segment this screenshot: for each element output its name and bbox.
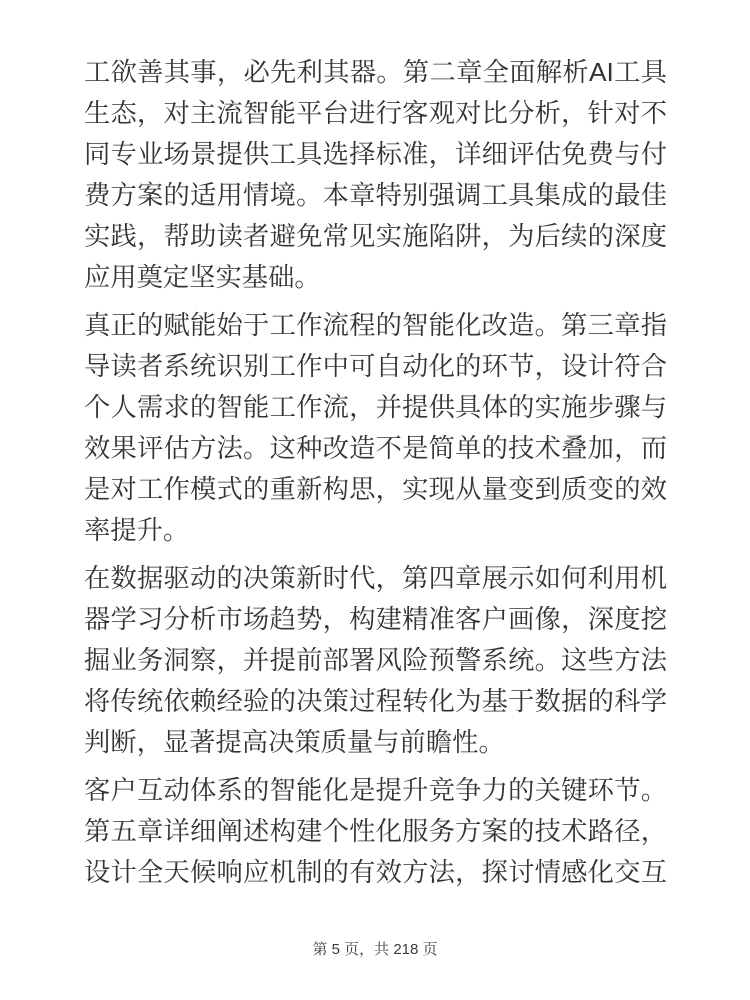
text-line: 设计全天候响应机制的有效方法，探讨情感化交互 [84, 852, 667, 893]
paragraph: 工欲善其事，必先利其器。第二章全面解析AI工具生态，对主流智能平台进行客观对比分… [84, 52, 667, 298]
text-line: 判断，显著提高决策质量与前瞻性。 [84, 722, 667, 763]
paragraph: 客户互动体系的智能化是提升竞争力的关键环节。第五章详细阐述构建个性化服务方案的技… [84, 770, 667, 893]
paragraph: 在数据驱动的决策新时代，第四章展示如何利用机器学习分析市场趋势，构建精准客户画像… [84, 558, 667, 763]
paragraph: 真正的赋能始于工作流程的智能化改造。第三章指导读者系统识别工作中可自动化的环节，… [84, 305, 667, 551]
text-line: 率提升。 [84, 510, 667, 551]
page-footer: 第 5 页，共 218 页 [0, 940, 750, 960]
text-line: 第五章详细阐述构建个性化服务方案的技术路径， [84, 811, 667, 852]
text-line: 真正的赋能始于工作流程的智能化改造。第三章指 [84, 305, 667, 346]
text-line: 实践，帮助读者避免常见实施陷阱，为后续的深度 [84, 216, 667, 257]
text-line: 客户互动体系的智能化是提升竞争力的关键环节。 [84, 770, 667, 811]
text-line: 将传统依赖经验的决策过程转化为基于数据的科学 [84, 681, 667, 722]
text-line: 导读者系统识别工作中可自动化的环节，设计符合 [84, 346, 667, 387]
text-line: 生态，对主流智能平台进行客观对比分析，针对不 [84, 93, 667, 134]
text-line: 同专业场景提供工具选择标准，详细评估免费与付 [84, 134, 667, 175]
text-line: 费方案的适用情境。本章特别强调工具集成的最佳 [84, 175, 667, 216]
text-line: 掘业务洞察，并提前部署风险预警系统。这些方法 [84, 640, 667, 681]
text-line: 效果评估方法。这种改造不是简单的技术叠加，而 [84, 428, 667, 469]
text-line: 个人需求的智能工作流，并提供具体的实施步骤与 [84, 387, 667, 428]
text-line: 是对工作模式的重新构思，实现从量变到质变的效 [84, 469, 667, 510]
text-line: 工欲善其事，必先利其器。第二章全面解析AI工具 [84, 52, 667, 93]
page-content: 工欲善其事，必先利其器。第二章全面解析AI工具生态，对主流智能平台进行客观对比分… [84, 52, 667, 900]
text-line: 应用奠定坚实基础。 [84, 257, 667, 298]
text-line: 器学习分析市场趋势，构建精准客户画像，深度挖 [84, 599, 667, 640]
page-number-indicator: 第 5 页，共 218 页 [312, 941, 437, 958]
document-page: 工欲善其事，必先利其器。第二章全面解析AI工具生态，对主流智能平台进行客观对比分… [0, 0, 750, 1000]
text-line: 在数据驱动的决策新时代，第四章展示如何利用机 [84, 558, 667, 599]
